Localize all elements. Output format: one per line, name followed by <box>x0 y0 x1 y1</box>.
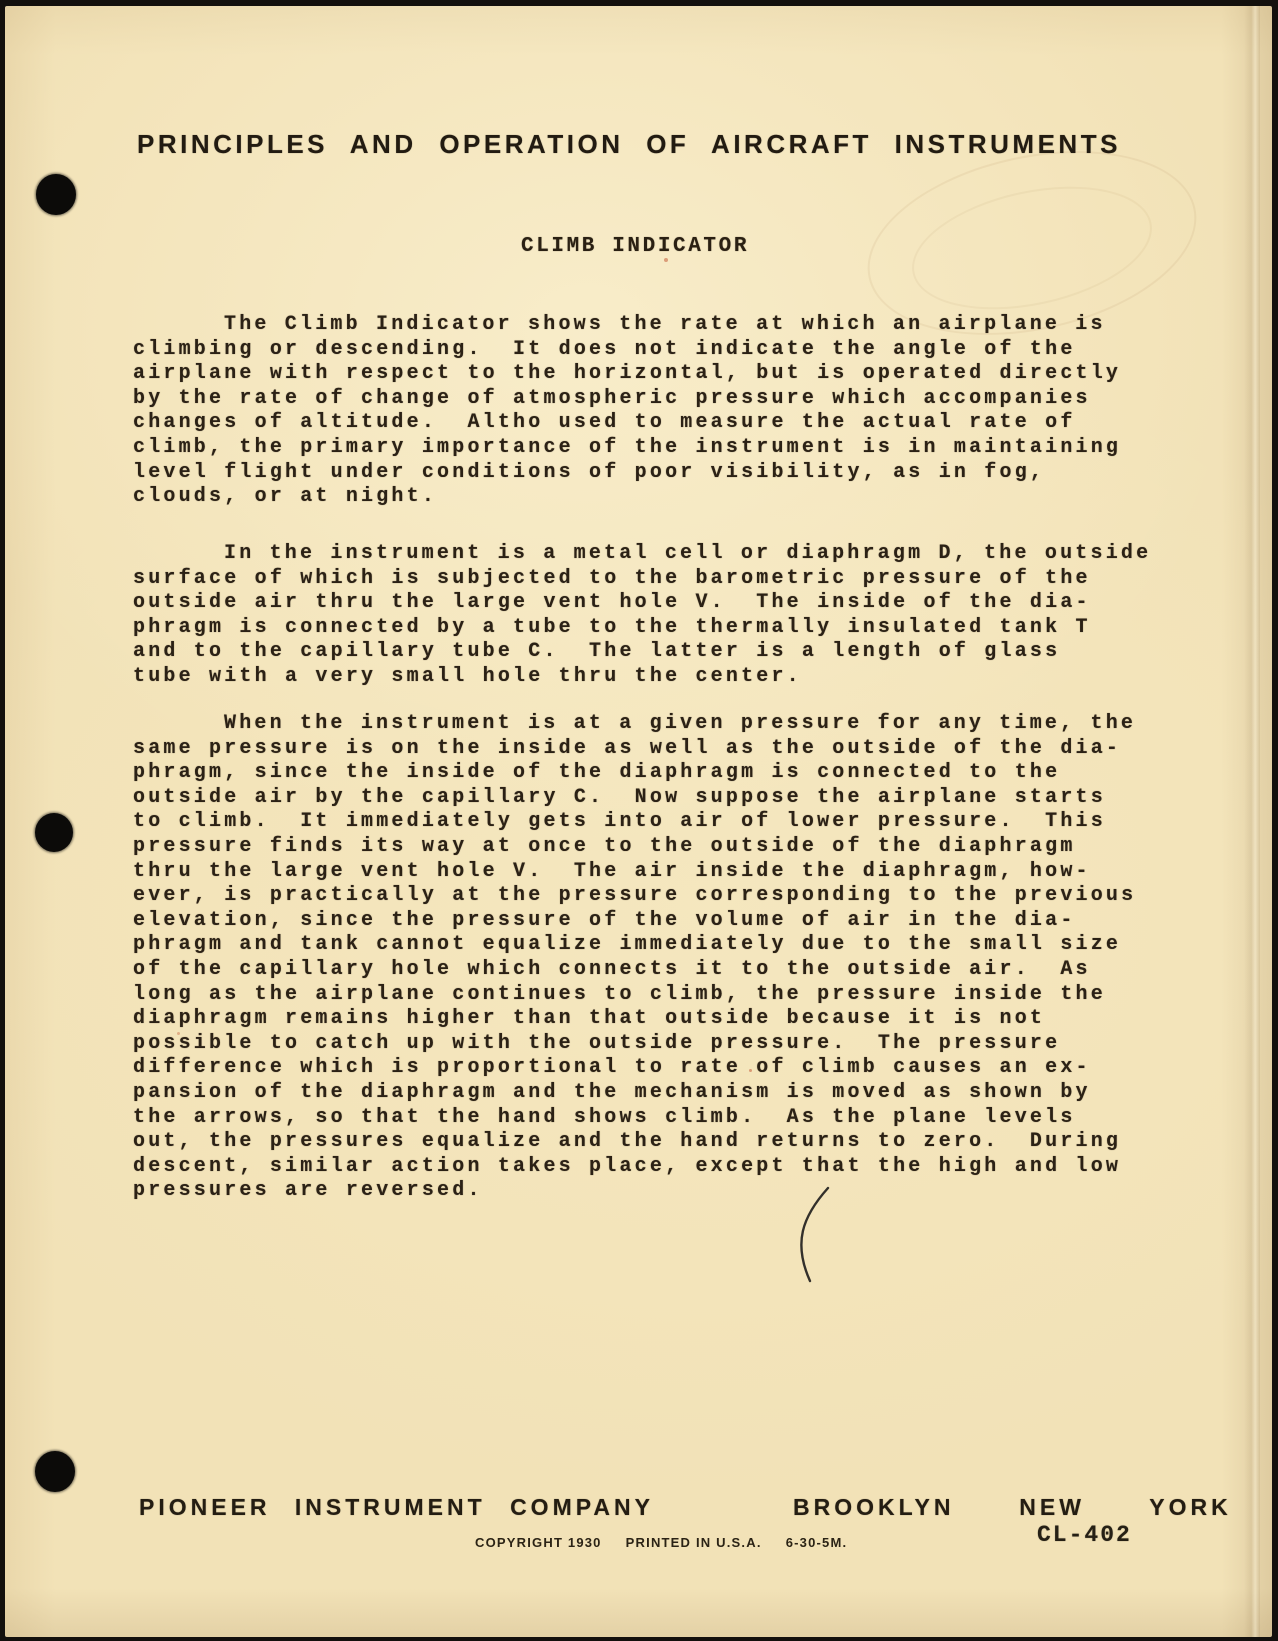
text-line: long as the airplane continues to climb,… <box>133 983 1163 1008</box>
text-line: level flight under conditions of poor vi… <box>133 461 1163 486</box>
document-page: PRINCIPLES AND OPERATION OF AIRCRAFT INS… <box>5 6 1272 1637</box>
text-line: pressure finds its way at once to the ou… <box>133 835 1163 860</box>
text-line: descent, similar action takes place, exc… <box>133 1155 1163 1180</box>
text-line: airplane with respect to the horizontal,… <box>133 362 1163 387</box>
text-line: thru the large vent hole V. The air insi… <box>133 860 1163 885</box>
text-line: When the instrument is at a given pressu… <box>133 712 1163 737</box>
text-line: of the capillary hole which connects it … <box>133 958 1163 983</box>
paragraph-2: In the instrument is a metal cell or dia… <box>133 542 1163 690</box>
text-line: elevation, since the pressure of the vol… <box>133 909 1163 934</box>
paragraph-1: The Climb Indicator shows the rate at wh… <box>133 313 1163 510</box>
text-line: the arrows, so that the hand shows climb… <box>133 1106 1163 1131</box>
print-imprint: COPYRIGHT 1930 PRINTED IN U.S.A. 6-30-5M… <box>475 1535 847 1550</box>
text-line: diaphragm remains higher than that outsi… <box>133 1007 1163 1032</box>
section-title: CLIMB INDICATOR <box>521 235 749 259</box>
paper-speck <box>664 258 668 262</box>
text-line: same pressure is on the inside as well a… <box>133 737 1163 762</box>
text-line: phragm is connected by a tube to the the… <box>133 616 1163 641</box>
text-line: outside air by the capillary C. Now supp… <box>133 786 1163 811</box>
text-line: pressures are reversed. <box>133 1179 1163 1204</box>
publisher-name: PIONEER INSTRUMENT COMPANY <box>139 1494 654 1520</box>
punch-hole-middle <box>35 813 73 852</box>
text-line: climbing or descending. It does not indi… <box>133 338 1163 363</box>
text-line: to climb. It immediately gets into air o… <box>133 810 1163 835</box>
text-line: out, the pressures equalize and the hand… <box>133 1130 1163 1155</box>
text-line: phragm, since the inside of the diaphrag… <box>133 761 1163 786</box>
document-number: CL-402 <box>1037 1522 1132 1548</box>
scanned-document: PRINCIPLES AND OPERATION OF AIRCRAFT INS… <box>0 0 1278 1641</box>
text-line: phragm and tank cannot equalize immediat… <box>133 933 1163 958</box>
text-line: The Climb Indicator shows the rate at wh… <box>133 313 1163 338</box>
paper-speck <box>749 1069 752 1072</box>
pen-mark <box>787 1184 837 1284</box>
text-line: pansion of the diaphragm and the mechani… <box>133 1081 1163 1106</box>
text-line: by the rate of change of atmospheric pre… <box>133 387 1163 412</box>
text-line: In the instrument is a metal cell or dia… <box>133 542 1163 567</box>
text-line: climb, the primary importance of the ins… <box>133 436 1163 461</box>
text-line: clouds, or at night. <box>133 485 1163 510</box>
document-header-title: PRINCIPLES AND OPERATION OF AIRCRAFT INS… <box>137 130 1121 158</box>
publisher-location: BROOKLYN NEW YORK <box>793 1494 1232 1520</box>
text-line: difference which is proportional to rate… <box>133 1056 1163 1081</box>
paragraph-3: When the instrument is at a given pressu… <box>133 712 1163 1204</box>
punch-hole-bottom <box>35 1451 75 1492</box>
text-line: outside air thru the large vent hole V. … <box>133 591 1163 616</box>
text-line: surface of which is subjected to the bar… <box>133 567 1163 592</box>
text-line: changes of altitude. Altho used to measu… <box>133 411 1163 436</box>
text-line: ever, is practically at the pressure cor… <box>133 884 1163 909</box>
text-line: and to the capillary tube C. The latter … <box>133 640 1163 665</box>
punch-hole-top <box>36 174 76 215</box>
text-line: possible to catch up with the outside pr… <box>133 1032 1163 1057</box>
paper-speck <box>177 1032 180 1035</box>
text-line: tube with a very small hole thru the cen… <box>133 665 1163 690</box>
paper-crease <box>1244 6 1260 1637</box>
